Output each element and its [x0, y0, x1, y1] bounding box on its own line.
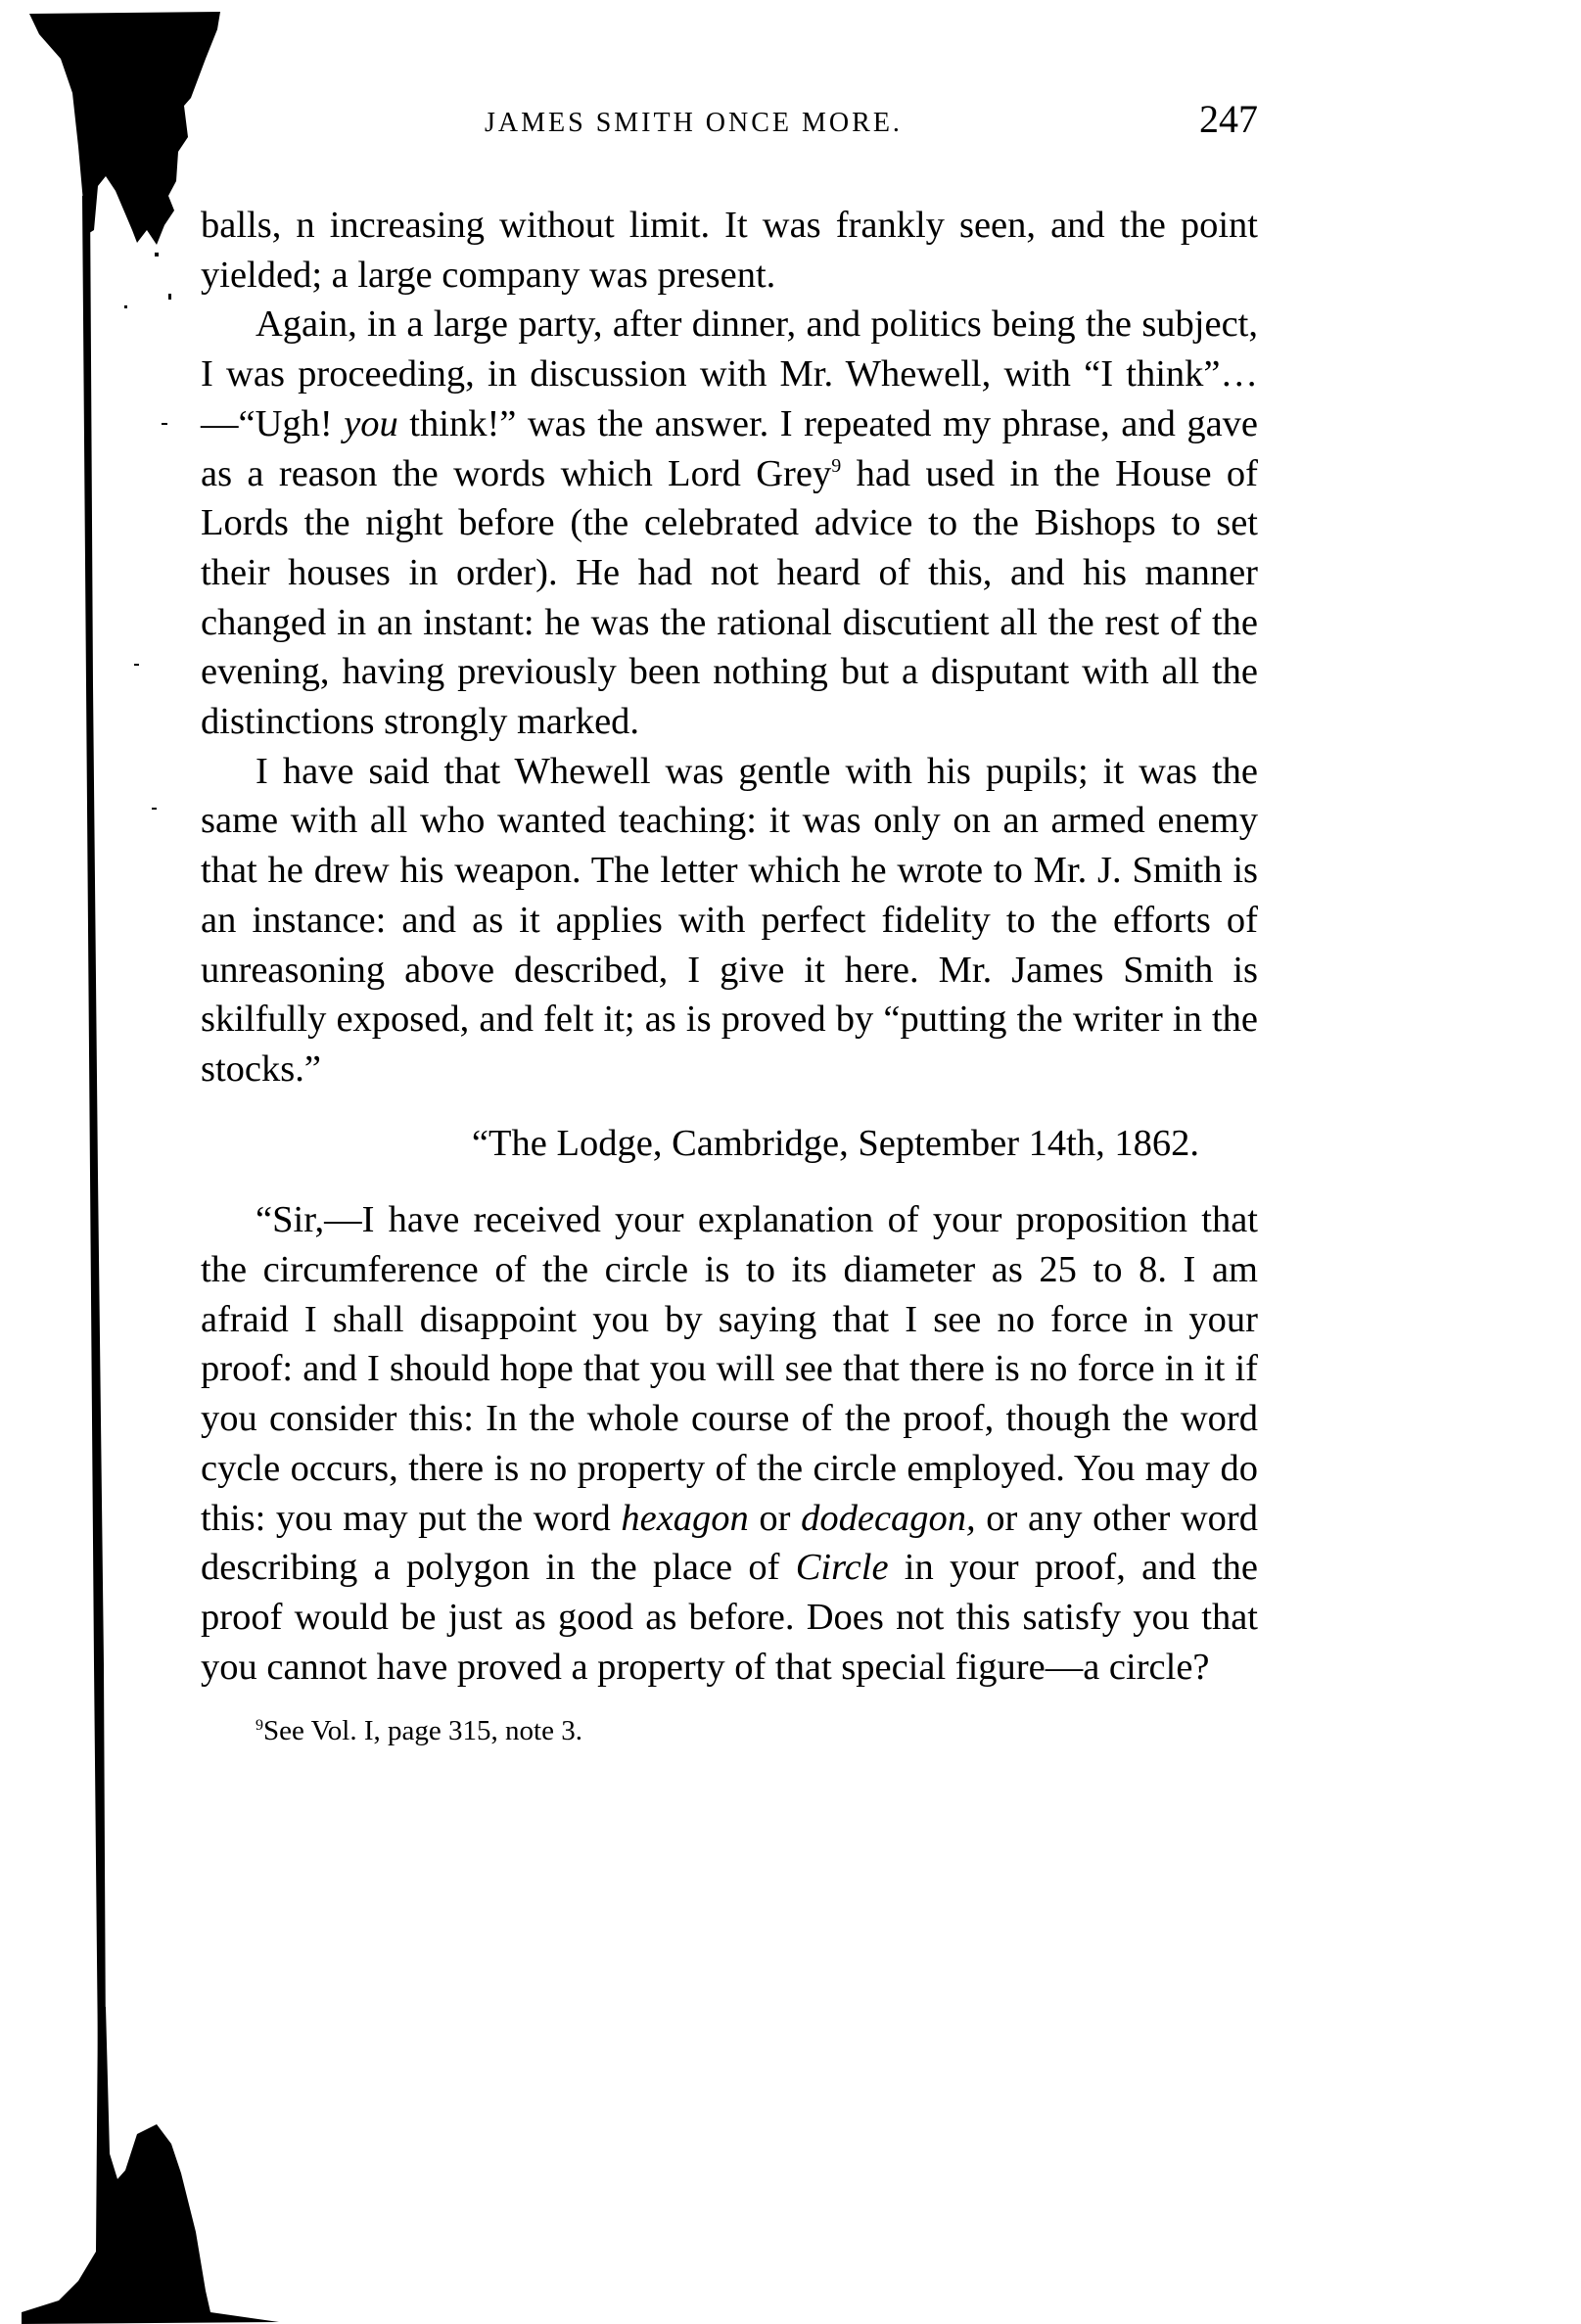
book-page: James Smith once more. 247 balls, n incr…	[201, 98, 1258, 1748]
text-run: had used in the House of Lords the night…	[201, 453, 1258, 743]
running-title: James Smith once more.	[485, 108, 903, 139]
paragraph-3: I have said that Whewell was gentle with…	[201, 747, 1258, 1094]
footnote-text: See Vol. I, page 315, note 3.	[263, 1715, 582, 1746]
footnote-mark: 9	[256, 1717, 263, 1734]
letter-dateline: “The Lodge, Cambridge, September 14th, 1…	[201, 1119, 1258, 1169]
text-run: “Sir,—I have received your explanation o…	[201, 1199, 1258, 1538]
body-text: balls, n increasing without limit. It wa…	[201, 201, 1258, 1692]
paragraph-1: balls, n increasing without limit. It wa…	[201, 201, 1258, 300]
italic-run: you	[344, 403, 398, 444]
text-run: or	[749, 1498, 801, 1539]
footnote-reference: 9	[831, 455, 841, 477]
italic-run: hexagon	[621, 1498, 748, 1539]
paragraph-2: Again, in a large party, after dinner, a…	[201, 300, 1258, 746]
footnote: 9See Vol. I, page 315, note 3.	[256, 1713, 1258, 1748]
running-head: James Smith once more. 247	[201, 98, 1258, 157]
page-number: 247	[1199, 96, 1258, 142]
paragraph-letter: “Sir,—I have received your explanation o…	[201, 1195, 1258, 1692]
italic-run: Circle	[796, 1547, 889, 1588]
italic-run: dodecagon,	[801, 1498, 976, 1539]
